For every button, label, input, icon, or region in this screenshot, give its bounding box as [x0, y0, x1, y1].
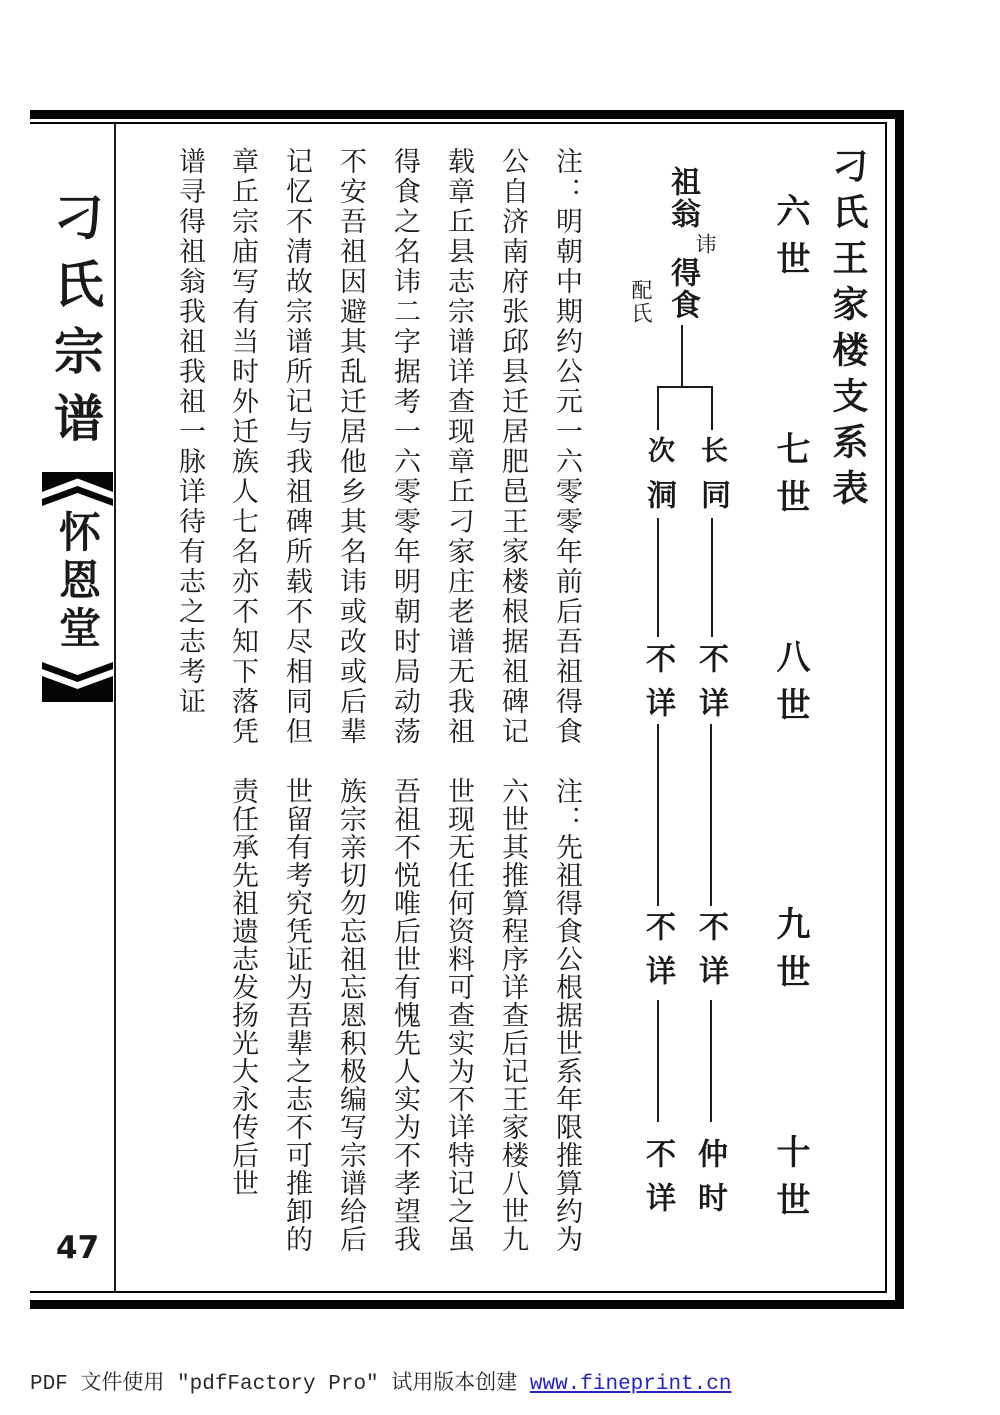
generation-label-7: 七世	[773, 431, 807, 527]
generation-label-10: 十世	[773, 1134, 807, 1230]
generation-label-9: 九世	[773, 906, 807, 1002]
frame-right-thin-border	[885, 122, 887, 1293]
tree-node-eldest-gen10: 仲时	[694, 1138, 724, 1226]
pdf-watermark-text: PDF 文件使用 ″pdfFactory Pro″ 试用版本创建	[30, 1373, 530, 1396]
tree-line-second-9-10	[657, 1000, 659, 1122]
note-top-column: 记忆不清故宗谱所记与我祖碑所载不尽相同但	[283, 147, 310, 747]
note-top-column: 注：明朝中期约公元一六零零年前后吾祖得食	[553, 147, 580, 747]
note-top-column: 载章丘县志宗谱详查现章丘刁家庄老谱无我祖	[445, 147, 472, 747]
tree-rank-eldest: 长	[698, 436, 725, 463]
note-bottom-column: 吾祖不悦唯后世有愧先人实为不孝望我	[391, 777, 418, 1253]
tree-line-eldest-9-10	[710, 1000, 712, 1122]
page-title: 刁氏王家楼支系表	[830, 147, 866, 515]
page-number: 47	[56, 1230, 99, 1266]
note-bottom-column: 族宗亲切勿忘祖忘恩积极编写宗谱给后	[337, 777, 364, 1253]
banner-chevron-bottom-icon	[42, 662, 113, 702]
note-top-column: 公自济南府张邱县迁居肥邑王家楼根据祖碑记	[499, 147, 526, 747]
note-bottom-column: 六世其推算程序详查后记王家楼八世九	[499, 777, 526, 1253]
tree-spouse-label: 配氏	[630, 279, 651, 325]
tree-ancestor-name: 得食	[667, 257, 697, 321]
tree-ancestor-title: 祖翁	[667, 166, 697, 230]
tree-son-eldest: 同	[697, 479, 727, 509]
tree-rank-second: 次	[645, 436, 672, 463]
generation-label-8: 八世	[773, 639, 807, 735]
note-top-column: 章丘宗庙写有当时外迁族人七名亦不知下落凭	[229, 147, 256, 747]
tree-node-eldest-gen8: 不详	[695, 643, 725, 731]
fineprint-link[interactable]: www.fineprint.cn	[530, 1373, 732, 1396]
tree-line-second-8-9	[657, 724, 659, 906]
tree-taboo-name-label: 讳	[694, 233, 715, 256]
tree-line-drop-eldest	[711, 386, 713, 430]
tree-node-eldest-gen9: 不详	[695, 911, 725, 999]
hall-banner: 怀恩堂	[42, 472, 113, 702]
frame-top-thick-border	[30, 110, 904, 119]
tree-node-second-gen10: 不详	[642, 1138, 672, 1226]
book-title: 刁氏宗谱	[50, 191, 100, 459]
frame-bottom-thick-border	[30, 1300, 904, 1309]
tree-line-branch-bar	[657, 386, 713, 388]
frame-top-thin-border	[30, 122, 887, 124]
note-bottom-column: 责任承先祖遗志发扬光大永传后世	[229, 777, 256, 1197]
frame-bottom-thin-border	[30, 1291, 887, 1293]
frame-right-thick-border	[895, 110, 904, 1309]
hall-name: 怀恩堂	[56, 510, 98, 654]
tree-node-second-gen9: 不详	[642, 911, 672, 999]
generation-label-6: 六世	[773, 193, 807, 289]
tree-line-drop-second	[657, 386, 659, 430]
pdf-watermark-note: PDF 文件使用 ″pdfFactory Pro″ 试用版本创建 www.fin…	[30, 1366, 732, 1396]
tree-line-second-7-8	[657, 518, 659, 637]
sidebar-divider	[114, 124, 116, 1291]
tree-line-eldest-7-8	[711, 518, 713, 637]
note-top-column: 不安吾祖因避其乱迁居他乡其名讳或改或后辈	[337, 147, 364, 747]
note-top-column: 谱寻得祖翁我祖我祖一脉详待有志之志考证	[176, 147, 203, 717]
banner-chevron-top-icon	[42, 472, 113, 506]
tree-line-stem	[681, 325, 683, 386]
note-bottom-column: 注：先祖得食公根据世系年限推算约为	[553, 777, 580, 1253]
tree-son-second: 洞	[643, 479, 673, 509]
tree-line-eldest-8-9	[710, 724, 712, 906]
tree-node-second-gen8: 不详	[642, 643, 672, 731]
note-bottom-column: 世现无任何资料可查实为不详特记之虽	[445, 777, 472, 1253]
note-top-column: 得食之名讳二字据考一六零零年明朝时局动荡	[391, 147, 418, 747]
note-bottom-column: 世留有考究凭证为吾辈之志不可推卸的	[283, 777, 310, 1253]
